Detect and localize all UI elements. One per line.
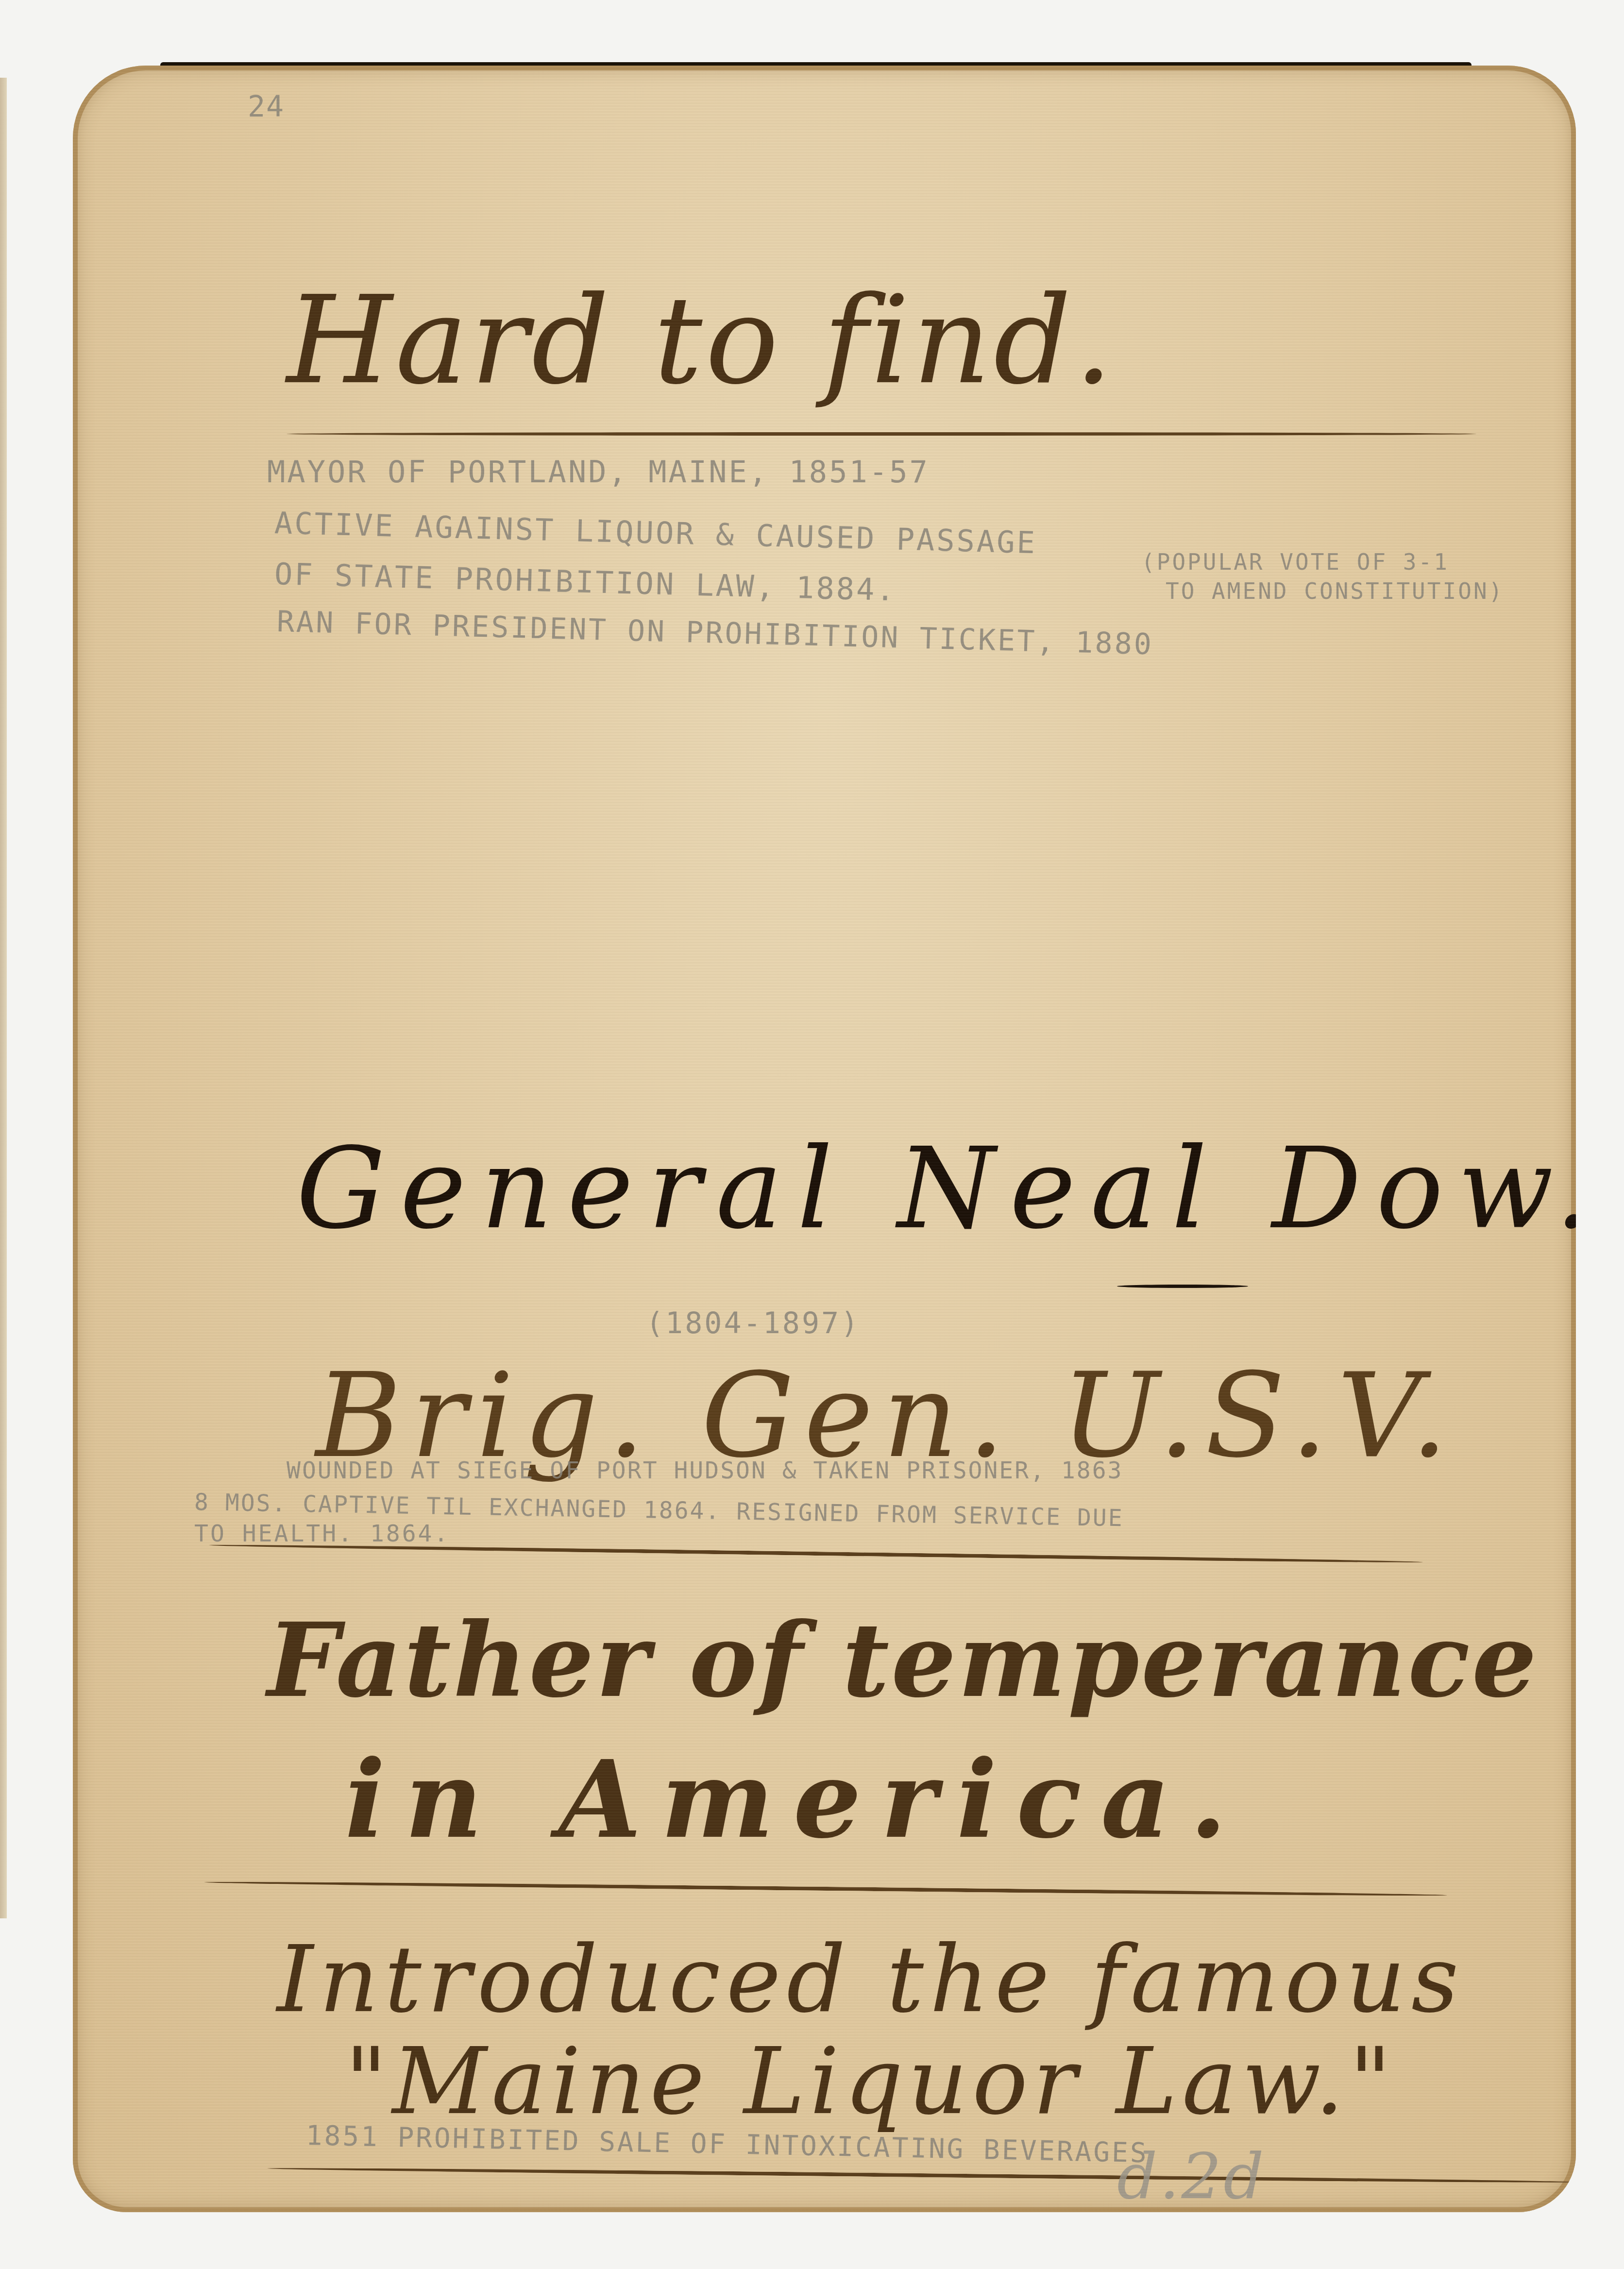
lifespan: (1804-1897) xyxy=(646,1306,860,1340)
note-popular-vote-line1: (Popular vote of 3-1 xyxy=(1141,549,1449,575)
name-general-neal-dow: General Neal Dow. xyxy=(296,1124,1576,1254)
dow-underline xyxy=(1117,1285,1248,1288)
title-wavy-underline xyxy=(204,1880,1447,1897)
heading-underline xyxy=(287,432,1476,436)
cabinet-card-back: 24 Hard to find. Mayor of Portland, Main… xyxy=(73,66,1576,2212)
note-active-line1: Active against liquor & caused passage xyxy=(274,505,1037,560)
bottom-note: d.2d xyxy=(1117,2139,1266,2212)
law-wavy-underline xyxy=(267,2167,1576,2184)
corner-number: 24 xyxy=(248,90,285,124)
note-active-line2: of state prohibition law, 1884. xyxy=(274,556,897,608)
adjacent-card-edge xyxy=(0,78,7,1918)
law-line1: Introduced the famous xyxy=(277,1926,1464,2033)
note-wounded-line1: Wounded at siege of Port Hudson & taken … xyxy=(287,1457,1123,1484)
note-wounded-line3: to health. 1864. xyxy=(194,1520,450,1547)
law-line2: "Maine Liquor Law." xyxy=(345,2028,1396,2135)
title-line1: Father of temperance workers xyxy=(267,1600,1576,1720)
title-line2: in America. xyxy=(345,1736,1246,1862)
rank-wavy-underline xyxy=(209,1543,1423,1564)
note-popular-vote-line2: to amend constitution) xyxy=(1166,578,1504,604)
heading-hard-to-find: Hard to find. xyxy=(287,270,1116,411)
note-mayor: Mayor of Portland, Maine, 1851-57 xyxy=(267,454,930,490)
note-president: Ran for president on prohibition ticket,… xyxy=(276,605,1154,661)
